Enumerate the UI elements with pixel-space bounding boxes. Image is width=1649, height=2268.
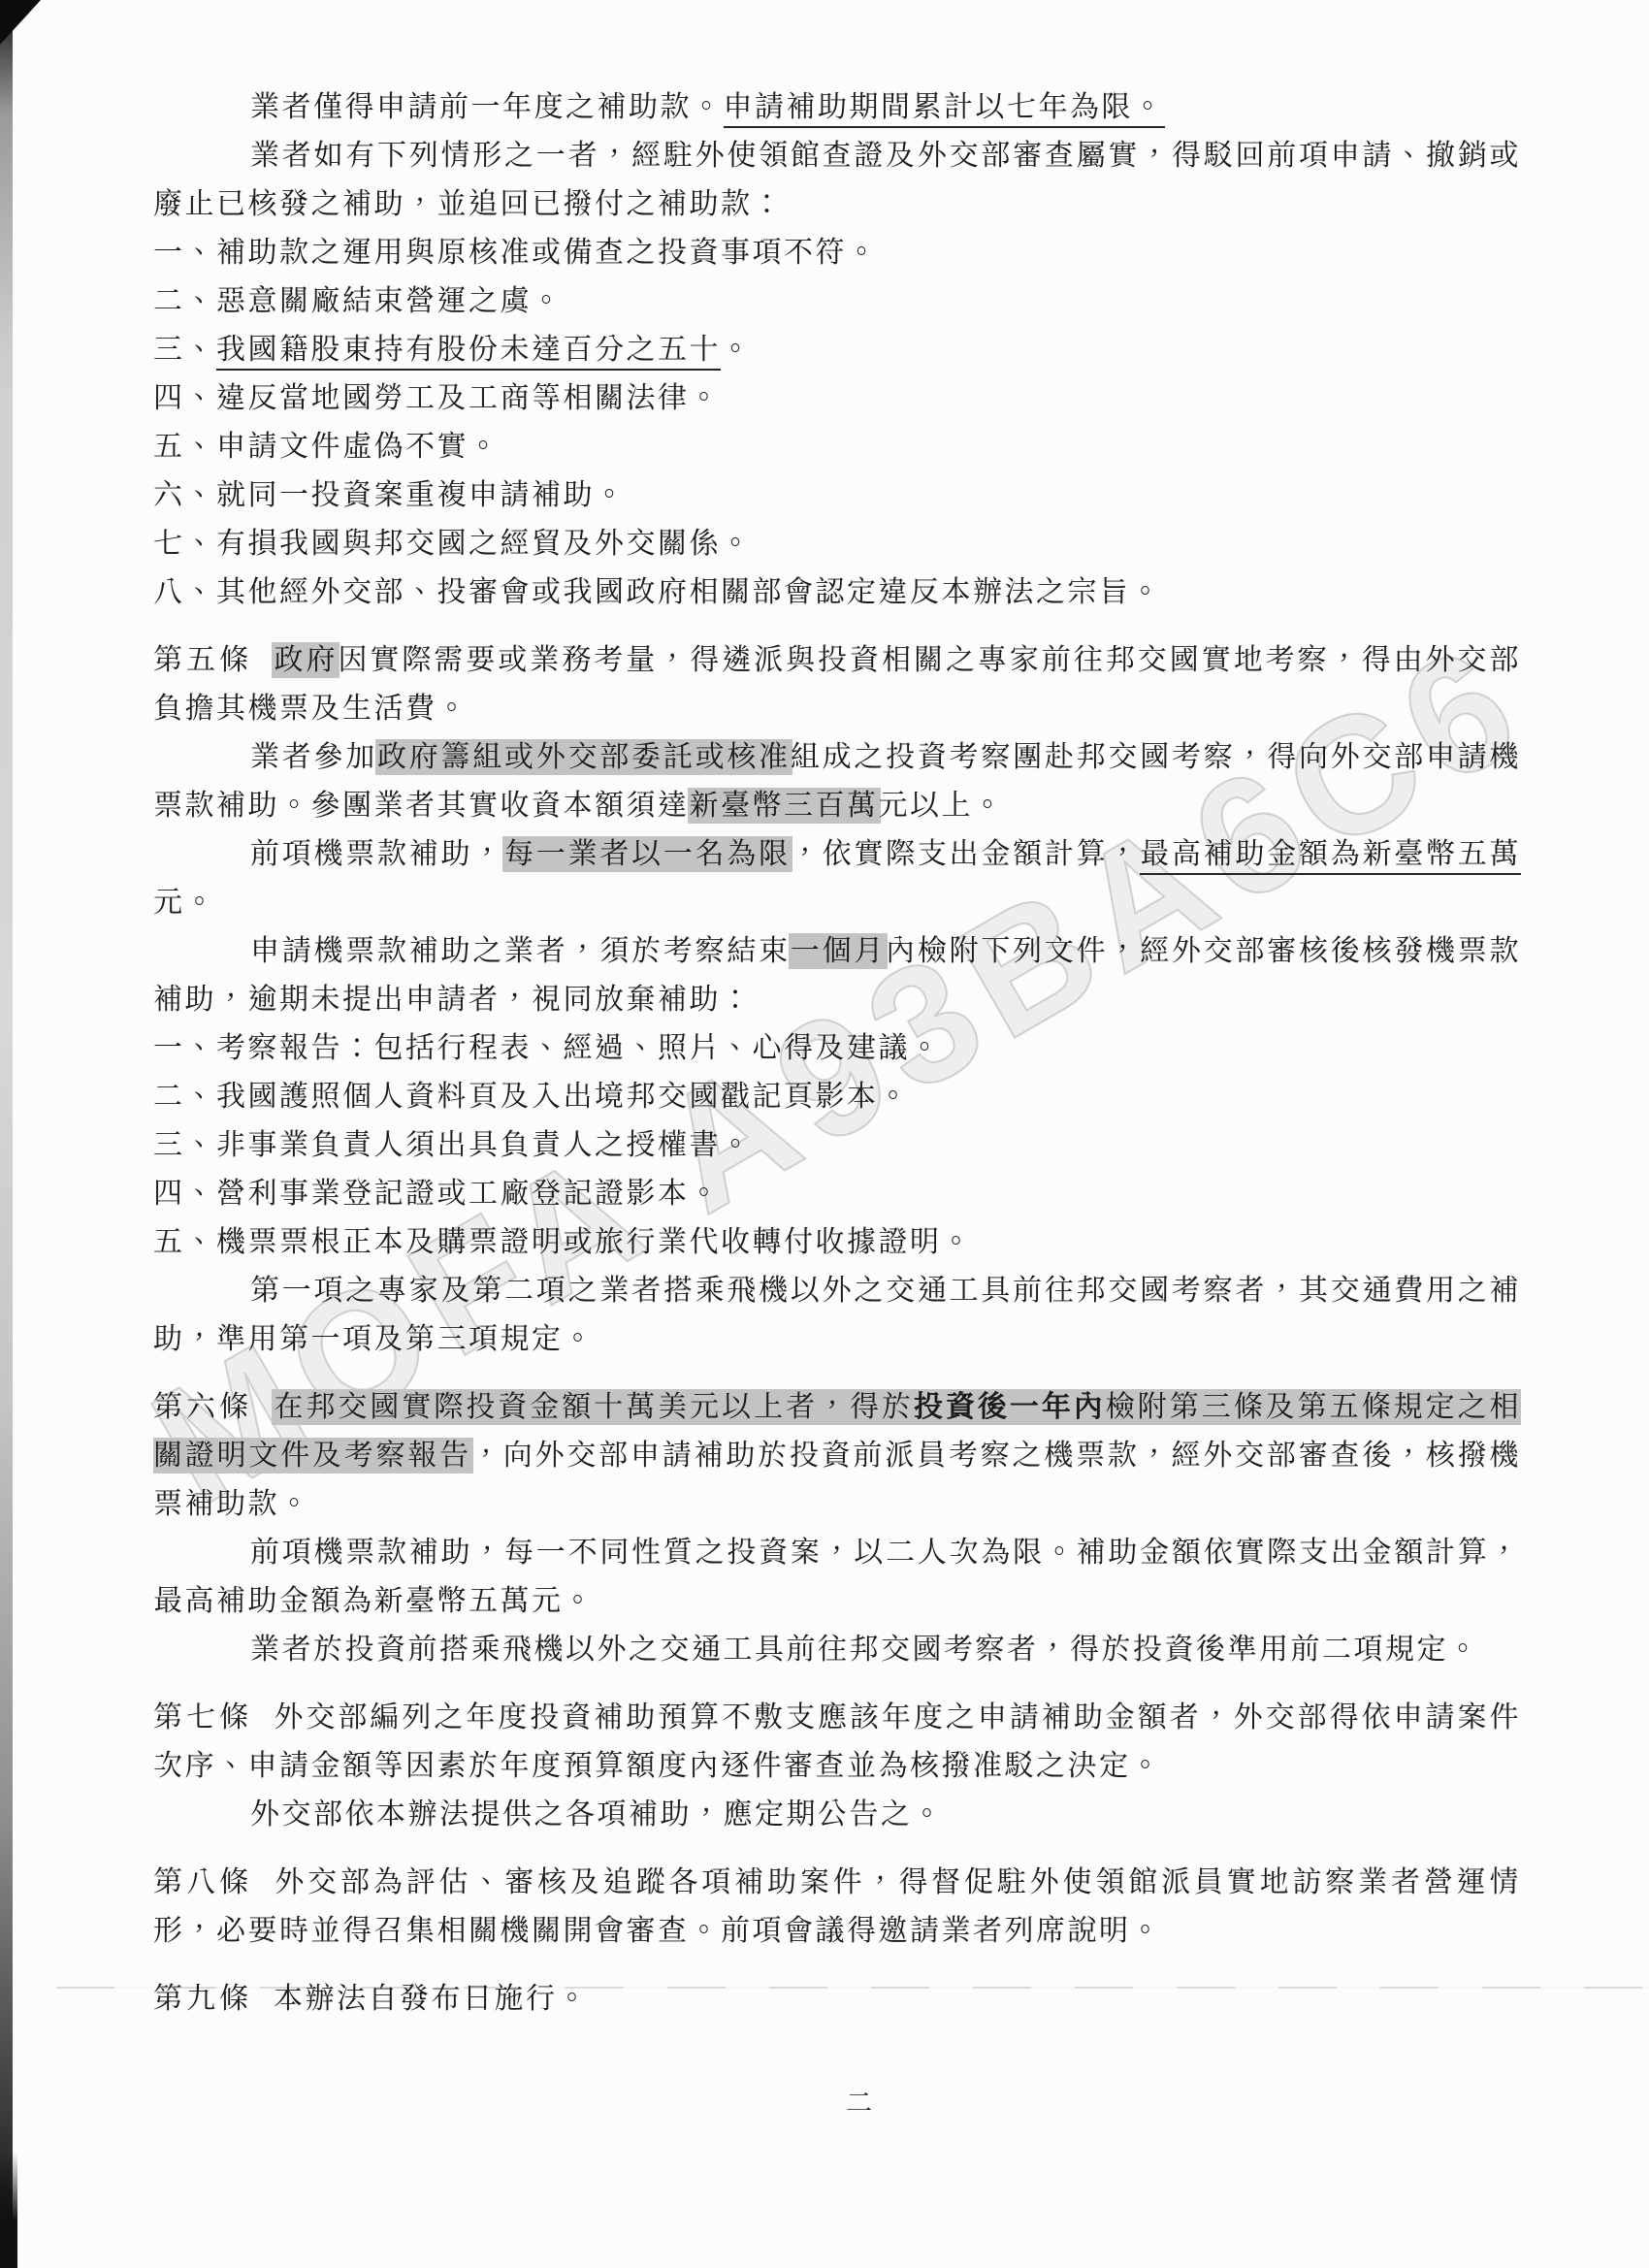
highlighted-text: 投資後一年內: [914, 1391, 1106, 1423]
scan-corner-artifact-bottom-left: [0, 2152, 17, 2268]
text-run: 業者如有下列情形之一者，經駐外使領館查證及外交部審查屬實，得駁回前項申請、撤銷或…: [153, 140, 1521, 220]
scan-corner-artifact-top-left: [0, 0, 41, 45]
text-run: 業者參加: [250, 741, 377, 773]
paragraph: 業者於投資前搭乘飛機以外之交通工具前往邦交國考察者，得於投資後準用前二項規定。: [153, 1626, 1521, 1674]
text-run: 元。: [153, 887, 216, 919]
article-number: 第七條: [153, 1694, 252, 1742]
paragraph: 前項機票款補助，每一業者以一名為限，依實際支出金額計算，最高補助金額為新臺幣五萬…: [153, 830, 1521, 927]
article-paragraph: 第八條外交部為評估、審核及追蹤各項補助案件，得督促駐外使領館派員實地訪察業者營運…: [153, 1859, 1521, 1956]
list-item: 三、非事業負責人須出具負責人之授權書。: [153, 1121, 1521, 1170]
article-number: 第五條: [153, 636, 252, 685]
list-item: 二、我國護照個人資料頁及入出境邦交國戳記頁影本。: [153, 1073, 1521, 1121]
highlighted-text: 政府: [274, 644, 338, 676]
text-run: 外交部為評估、審核及追蹤各項補助案件，得督促駐外使領館派員實地訪察業者營運情形，…: [153, 1866, 1521, 1947]
list-item: 三、我國籍股東持有股份未達百分之五十。: [153, 326, 1521, 374]
list-item: 二、惡意關廠結束營運之虞。: [153, 277, 1521, 326]
text-run: 外交部依本辦法提供之各項補助，應定期公告之。: [250, 1798, 944, 1831]
text-run: 一、考察報告：包括行程表、經過、照片、心得及建議。: [153, 1032, 942, 1064]
list-item: 一、考察報告：包括行程表、經過、照片、心得及建議。: [153, 1024, 1521, 1073]
underlined-text: 申請補助期間累計以七年為限。: [724, 91, 1165, 128]
text-run: 前項機票款補助，: [250, 838, 504, 870]
text-run: 。: [721, 334, 753, 366]
text-run: 五、機票票根正本及購票證明或旅行業代收轉付收據證明。: [153, 1226, 973, 1258]
paragraph: 業者如有下列情形之一者，經駐外使領館查證及外交部審查屬實，得駁回前項申請、撤銷或…: [153, 132, 1521, 229]
text-run: 第一項之專家及第二項之業者搭乘飛機以外之交通工具前往邦交國考察者，其交通費用之補…: [153, 1275, 1521, 1355]
underlined-text: 我國籍股東持有股份未達百分之五十: [216, 334, 721, 371]
text-run: 業者於投資前搭乘飛機以外之交通工具前往邦交國考察者，得於投資後準用前二項規定。: [250, 1634, 1480, 1666]
article-number: 第八條: [153, 1859, 252, 1907]
paragraph: 業者僅得申請前一年度之補助款。申請補助期間累計以七年為限。: [153, 83, 1521, 132]
paragraph: 業者參加政府籌組或外交部委託或核准組成之投資考察團赴邦交國考察，得向外交部申請機…: [153, 733, 1521, 830]
text-run: 三、: [153, 334, 216, 366]
article-number: 第六條: [153, 1383, 252, 1432]
text-run: 前項機票款補助，每一不同性質之投資案，以二人次為限。補助金額依實際支出金額計算，…: [153, 1537, 1521, 1617]
highlighted-text: 一個月: [791, 935, 886, 967]
page-number: 二: [846, 2082, 872, 2120]
text-run: 六、就同一投資案重複申請補助。: [153, 479, 627, 511]
article-paragraph: 第七條外交部編列之年度投資補助預算不敷支應該年度之申請補助金額者，外交部得依申請…: [153, 1694, 1521, 1791]
highlighted-text: 新臺幣三百萬: [690, 790, 879, 822]
list-item: 四、營利事業登記證或工廠登記證影本。: [153, 1170, 1521, 1218]
paragraph: 第一項之專家及第二項之業者搭乘飛機以外之交通工具前往邦交國考察者，其交通費用之補…: [153, 1267, 1521, 1364]
text-run: 五、申請文件虛偽不實。: [153, 431, 501, 463]
text-run: ，依實際支出金額計算，: [791, 838, 1140, 870]
text-run: 八、其他經外交部、投審會或我國政府相關部會認定違反本辦法之宗旨。: [153, 576, 1162, 608]
article-paragraph: 第五條政府因實際需要或業務考量，得遴派與投資相關之專家前往邦交國實地考察，得由外…: [153, 636, 1521, 733]
paragraph: 前項機票款補助，每一不同性質之投資案，以二人次為限。補助金額依實際支出金額計算，…: [153, 1529, 1521, 1626]
text-run: 因實際需要或業務考量，得遴派與投資相關之專家前往邦交國實地考察，得由外交部負擔其…: [153, 644, 1521, 725]
document-body: 業者僅得申請前一年度之補助款。申請補助期間累計以七年為限。業者如有下列情形之一者…: [153, 83, 1521, 2024]
underlined-text: 最高補助金額為新臺幣五萬: [1140, 838, 1521, 875]
paragraph: 申請機票款補助之業者，須於考察結束一個月內檢附下列文件，經外交部審核後核發機票款…: [153, 927, 1521, 1024]
text-run: 二、我國護照個人資料頁及入出境邦交國戳記頁影本。: [153, 1081, 910, 1113]
text-run: 四、違反當地國勞工及工商等相關法律。: [153, 382, 721, 414]
text-run: 四、營利事業登記證或工廠登記證影本。: [153, 1178, 721, 1210]
scan-edge-shadow: [0, 0, 13, 2268]
highlighted-text: 每一業者以一名為限: [504, 838, 791, 870]
list-item: 五、申請文件虛偽不實。: [153, 423, 1521, 471]
text-run: 三、非事業負責人須出具負責人之授權書。: [153, 1129, 753, 1161]
list-item: 四、違反當地國勞工及工商等相關法律。: [153, 374, 1521, 423]
paragraph: 外交部依本辦法提供之各項補助，應定期公告之。: [153, 1791, 1521, 1839]
list-item: 一、補助款之運用與原核准或備查之投資事項不符。: [153, 229, 1521, 277]
text-run: 二、惡意關廠結束營運之虞。: [153, 285, 564, 317]
text-run: 業者僅得申請前一年度之補助款。: [250, 91, 724, 123]
list-item: 七、有損我國與邦交國之經貿及外交關係。: [153, 520, 1521, 568]
text-run: 七、有損我國與邦交國之經貿及外交關係。: [153, 528, 753, 560]
article-paragraph: 第九條本辦法自發布日施行。: [153, 1975, 1521, 2024]
text-run: 一、補助款之運用與原核准或備查之投資事項不符。: [153, 237, 879, 269]
list-item: 五、機票票根正本及購票證明或旅行業代收轉付收據證明。: [153, 1218, 1521, 1267]
text-run: 本辦法自發布日施行。: [274, 1983, 589, 2015]
article-number: 第九條: [153, 1975, 252, 2024]
text-run: 外交部編列之年度投資補助預算不敷支應該年度之申請補助金額者，外交部得依申請案件次…: [153, 1701, 1521, 1782]
text-run: 元以上。: [879, 790, 1005, 822]
highlighted-text: 政府籌組或外交部委託或核准: [377, 741, 791, 773]
article-paragraph: 第六條在邦交國實際投資金額十萬美元以上者，得於投資後一年內檢附第三條及第五條規定…: [153, 1383, 1521, 1529]
text-run: 申請機票款補助之業者，須於考察結束: [250, 935, 791, 967]
list-item: 八、其他經外交部、投審會或我國政府相關部會認定違反本辦法之宗旨。: [153, 568, 1521, 617]
scanned-page: MOFA A93BA6C6 業者僅得申請前一年度之補助款。申請補助期間累計以七年…: [0, 0, 1649, 2268]
highlighted-text: 在邦交國實際投資金額十萬美元以上者，得於: [274, 1391, 914, 1423]
list-item: 六、就同一投資案重複申請補助。: [153, 471, 1521, 520]
